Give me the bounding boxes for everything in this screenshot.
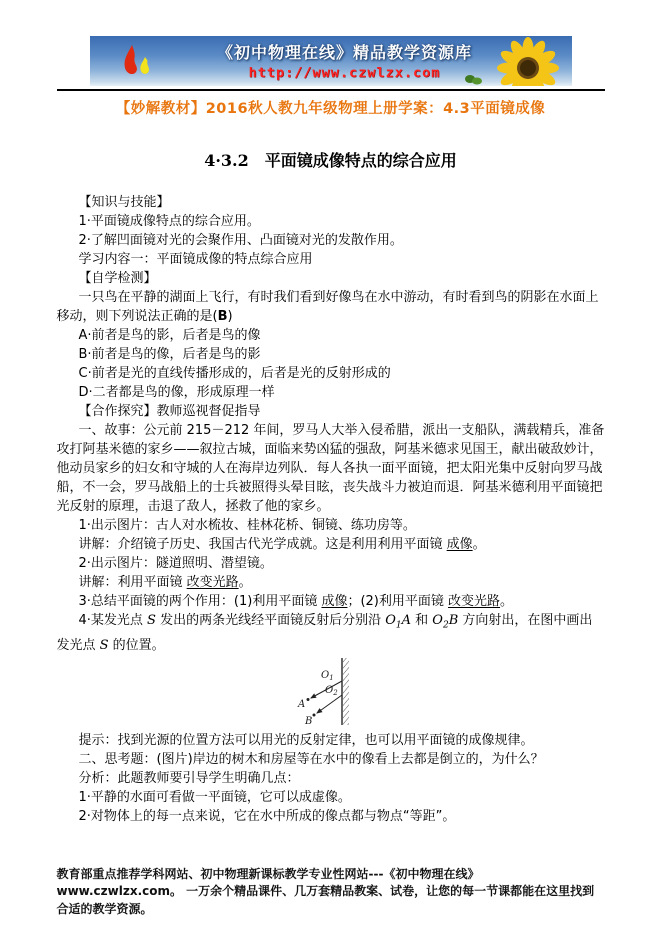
var-s: S bbox=[147, 613, 156, 628]
label-o1: O1 bbox=[321, 670, 334, 682]
question-4-end: 的位置。 bbox=[109, 638, 165, 653]
summary-end: 。 bbox=[500, 594, 513, 609]
var-o2: O bbox=[432, 613, 443, 628]
summary-text-1: 3·总结平面镜的两个作用：(1)利用平面镜 bbox=[79, 594, 322, 609]
pictures-2: 2·出示图片：隧道照明、潜望镜。 bbox=[57, 554, 605, 573]
point-a-dot bbox=[306, 698, 309, 701]
site-banner: 《初中物理在线》精品教学资源库 http://www.czwlzx.com bbox=[90, 36, 572, 86]
explain-1-blank: 成像 bbox=[447, 537, 473, 552]
title-text: 平面镜成像特点的综合应用 bbox=[265, 151, 457, 170]
explain-2-end: 。 bbox=[239, 575, 252, 590]
site-logo-icon bbox=[118, 43, 162, 85]
header-divider bbox=[57, 89, 605, 91]
label-o2: O2 bbox=[325, 685, 338, 697]
banner-text: 《初中物理在线》精品教学资源库 http://www.czwlzx.com bbox=[200, 40, 490, 81]
story-paragraph: 一、故事：公元前 215－212 年间，罗马人大举入侵希腊，派出一支船队，满载精… bbox=[57, 421, 605, 516]
site-title: 《初中物理在线》精品教学资源库 bbox=[200, 40, 490, 63]
plant-icon bbox=[464, 69, 484, 86]
knowledge-header: 【知识与技能】 bbox=[57, 193, 605, 212]
course-heading: 【妙解教材】2016秋人教九年级物理上册学案：4.3平面镜成像 bbox=[0, 97, 661, 118]
document-body: 【知识与技能】 1·平面镜成像特点的综合应用。 2·了解凹面镜对光的会聚作用、凸… bbox=[57, 193, 605, 826]
ray-diagram: O1 O2 A B bbox=[57, 657, 605, 729]
var-o1: O bbox=[385, 613, 396, 628]
explain-1-text: 讲解：介绍镜子历史、我国古代光学成就。这是利用利用平面镜 bbox=[79, 537, 447, 552]
point-b-dot bbox=[312, 713, 315, 716]
option-b: B·前者是鸟的像，后者是鸟的影 bbox=[57, 345, 605, 364]
summary-line: 3·总结平面镜的两个作用：(1)利用平面镜 成像；(2)利用平面镜 改变光路。 bbox=[57, 592, 605, 611]
explain-1-end: 。 bbox=[473, 537, 486, 552]
analysis-header: 分析：此题教师要引导学生明确几点： bbox=[57, 769, 605, 788]
var-b: B bbox=[449, 613, 459, 628]
question-4: 4·某发光点 S 发出的两条光线经平面镜反射后分别沿 O1A 和 O2B 方向射… bbox=[57, 611, 605, 655]
option-d: D·二者都是鸟的像，形成原理一样 bbox=[57, 383, 605, 402]
knowledge-item-1: 1·平面镜成像特点的综合应用。 bbox=[57, 212, 605, 231]
question-1: 一只鸟在平静的湖面上飞行，有时我们看到好像鸟在水中游动，有时看到鸟的阴影在水面上… bbox=[57, 288, 605, 326]
option-c: C·前者是光的直线传播形成的，后者是光的反射形成的 bbox=[57, 364, 605, 383]
analysis-point-1: 1·平静的水面可看做一平面镜，它可以成虚像。 bbox=[57, 788, 605, 807]
label-a: A bbox=[297, 699, 305, 710]
learning-content-line: 学习内容一：平面镜成像的特点综合应用 bbox=[57, 250, 605, 269]
var-a: A bbox=[402, 613, 411, 628]
pictures-1: 1·出示图片：古人对水梳妆、桂林花桥、铜镜、练功房等。 bbox=[57, 516, 605, 535]
question-1-text: 一只鸟在平静的湖面上飞行，有时我们看到好像鸟在水中游动，有时看到鸟的阴影在水面上… bbox=[57, 290, 599, 324]
summary-text-2: ；(2)利用平面镜 bbox=[347, 594, 448, 609]
explain-1: 讲解：介绍镜子历史、我国古代光学成就。这是利用利用平面镜 成像。 bbox=[57, 535, 605, 554]
var-s-2: S bbox=[100, 638, 109, 653]
explain-2-blank: 改变光路 bbox=[187, 575, 239, 590]
title-number: 4·3.2 bbox=[204, 151, 249, 170]
option-a: A·前者是鸟的影，后者是鸟的像 bbox=[57, 326, 605, 345]
question-1-close: ) bbox=[228, 309, 233, 324]
question-4-seg1: 发出的两条光线经平面镜反射后分别沿 bbox=[156, 613, 385, 628]
mirror-hatching bbox=[343, 658, 349, 725]
ray-o2b bbox=[317, 695, 342, 713]
question-4-lead: 4·某发光点 bbox=[79, 613, 148, 628]
explain-2: 讲解：利用平面镜 改变光路。 bbox=[57, 573, 605, 592]
site-url-link[interactable]: http://www.czwlzx.com bbox=[200, 65, 490, 81]
analysis-point-2: 2·对物体上的每一点来说，它在水中所成的像点都与物点“等距”。 bbox=[57, 807, 605, 826]
page-title: 4·3.2平面镜成像特点的综合应用 bbox=[57, 148, 605, 171]
explain-2-text: 讲解：利用平面镜 bbox=[79, 575, 187, 590]
label-b: B bbox=[304, 716, 312, 727]
mirror-ray-figure: O1 O2 A B bbox=[279, 657, 371, 729]
document-footer: 教育部重点推荐学科网站、初中物理新课标教学专业性网站---《初中物理在线》www… bbox=[57, 866, 605, 919]
knowledge-item-2: 2·了解凹面镜对光的会聚作用、凸面镜对光的发散作用。 bbox=[57, 231, 605, 250]
self-check-header: 【自学检测】 bbox=[57, 269, 605, 288]
hint-line: 提示：找到光源的位置方法可以用光的反射定律，也可以用平面镜的成像规律。 bbox=[57, 731, 605, 750]
question-1-answer: B bbox=[218, 309, 228, 324]
question-4-and: 和 bbox=[411, 613, 432, 628]
sunflower-icon bbox=[486, 36, 570, 86]
summary-blank-2: 改变光路 bbox=[448, 594, 500, 609]
summary-blank-1: 成像 bbox=[321, 594, 347, 609]
coop-header: 【合作探究】教师巡视督促指导 bbox=[57, 402, 605, 421]
think-question: 二、思考题：(图片)岸边的树木和房屋等在水中的像看上去都是倒立的，为什么？ bbox=[57, 750, 605, 769]
page-header: 《初中物理在线》精品教学资源库 http://www.czwlzx.com bbox=[0, 0, 661, 118]
